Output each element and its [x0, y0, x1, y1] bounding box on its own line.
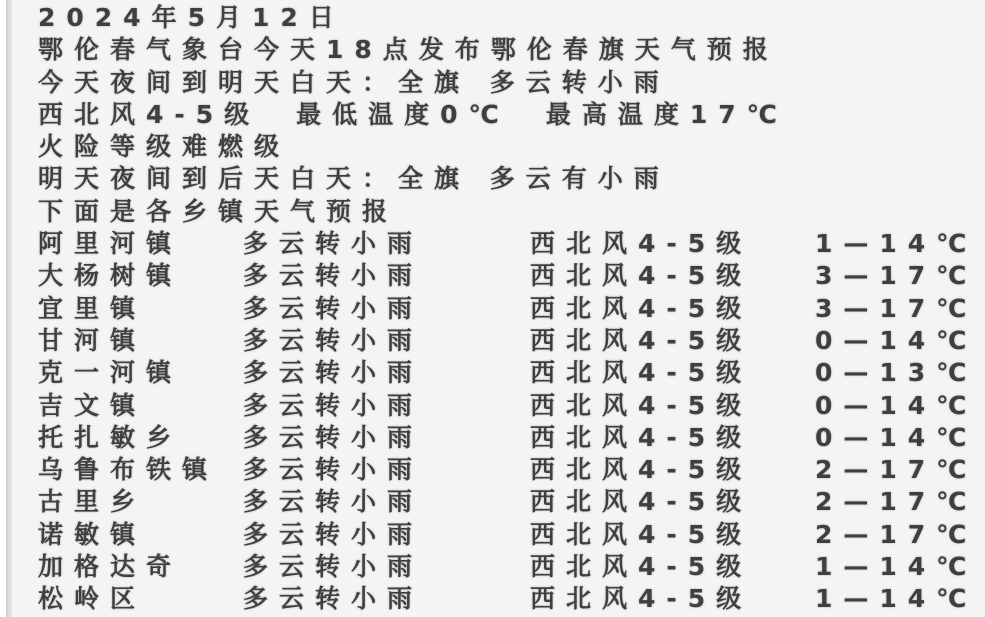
wind-cell: 西北风4-5级 [530, 293, 815, 325]
town-name-cell: 古里乡 [38, 486, 243, 518]
wind-cell: 西北风4-5级 [530, 486, 815, 518]
town-name-cell: 乌鲁布铁镇 [38, 454, 243, 486]
weather-cell: 多云转小雨 [243, 519, 530, 551]
issuance-line: 鄂伦春气象台今天18点发布鄂伦春旗天气预报 [38, 34, 985, 66]
weather-cell: 多云转小雨 [243, 454, 530, 486]
town-name-cell: 托扎敏乡 [38, 422, 243, 454]
wind-cell: 西北风4-5级 [530, 260, 815, 292]
temperature-range-cell: 3—17℃ [815, 260, 985, 292]
wind-cell: 西北风4-5级 [530, 390, 815, 422]
town-name-cell: 松岭区 [38, 583, 243, 615]
weather-bulletin-page: 2024年5月12日 鄂伦春气象台今天18点发布鄂伦春旗天气预报 今天夜间到明天… [0, 0, 985, 617]
wind-cell: 西北风4-5级 [530, 454, 815, 486]
temperature-range-cell: 2—17℃ [815, 454, 985, 486]
wind-cell: 西北风4-5级 [530, 228, 815, 260]
wind-cell: 西北风4-5级 [530, 357, 815, 389]
table-row: 乌鲁布铁镇多云转小雨西北风4-5级2—17℃ [38, 454, 985, 486]
left-edge-divider [6, 0, 12, 617]
town-name-cell: 宜里镇 [38, 293, 243, 325]
temperature-range-cell: 1—14℃ [815, 551, 985, 583]
temperature-range-cell: 0—14℃ [815, 325, 985, 357]
temperature-range-cell: 3—17℃ [815, 293, 985, 325]
table-row: 大杨树镇多云转小雨西北风4-5级3—17℃ [38, 260, 985, 292]
weather-cell: 多云转小雨 [243, 293, 530, 325]
weather-cell: 多云转小雨 [243, 357, 530, 389]
town-name-cell: 甘河镇 [38, 325, 243, 357]
weather-cell: 多云转小雨 [243, 422, 530, 454]
table-row: 宜里镇多云转小雨西北风4-5级3—17℃ [38, 293, 985, 325]
temperature-range-cell: 1—14℃ [815, 228, 985, 260]
towns-intro-line: 下面是各乡镇天气预报 [38, 196, 985, 228]
temperature-range-cell: 0—13℃ [815, 357, 985, 389]
table-row: 托扎敏乡多云转小雨西北风4-5级0—14℃ [38, 422, 985, 454]
table-row: 松岭区多云转小雨西北风4-5级1—14℃ [38, 583, 985, 615]
town-forecast-table: 阿里河镇多云转小雨西北风4-5级1—14℃大杨树镇多云转小雨西北风4-5级3—1… [38, 228, 985, 616]
temperature-range-cell: 1—14℃ [815, 583, 985, 615]
forecast-tomorrow-night-line: 明天夜间到后天白天：全旗 多云有小雨 [38, 163, 985, 195]
wind-temperature-line: 西北风4-5级 最低温度0℃ 最高温度17℃ [38, 99, 985, 131]
weather-cell: 多云转小雨 [243, 325, 530, 357]
weather-cell: 多云转小雨 [243, 486, 530, 518]
table-row: 古里乡多云转小雨西北风4-5级2—17℃ [38, 486, 985, 518]
forecast-tonight-line: 今天夜间到明天白天：全旗 多云转小雨 [38, 67, 985, 99]
town-name-cell: 大杨树镇 [38, 260, 243, 292]
weather-cell: 多云转小雨 [243, 551, 530, 583]
wind-cell: 西北风4-5级 [530, 583, 815, 615]
weather-cell: 多云转小雨 [243, 260, 530, 292]
weather-cell: 多云转小雨 [243, 228, 530, 260]
weather-cell: 多云转小雨 [243, 390, 530, 422]
town-name-cell: 阿里河镇 [38, 228, 243, 260]
table-row: 甘河镇多云转小雨西北风4-5级0—14℃ [38, 325, 985, 357]
town-name-cell: 加格达奇 [38, 551, 243, 583]
temperature-range-cell: 2—17℃ [815, 486, 985, 518]
table-row: 阿里河镇多云转小雨西北风4-5级1—14℃ [38, 228, 985, 260]
bulletin-date: 2024年5月12日 [38, 2, 985, 34]
town-name-cell: 克一河镇 [38, 357, 243, 389]
table-row: 吉文镇多云转小雨西北风4-5级0—14℃ [38, 390, 985, 422]
table-row: 诺敏镇多云转小雨西北风4-5级2—17℃ [38, 519, 985, 551]
wind-cell: 西北风4-5级 [530, 519, 815, 551]
temperature-range-cell: 0—14℃ [815, 422, 985, 454]
bulletin-content: 2024年5月12日 鄂伦春气象台今天18点发布鄂伦春旗天气预报 今天夜间到明天… [38, 2, 985, 616]
table-row: 克一河镇多云转小雨西北风4-5级0—13℃ [38, 357, 985, 389]
town-name-cell: 诺敏镇 [38, 519, 243, 551]
wind-cell: 西北风4-5级 [530, 325, 815, 357]
temperature-range-cell: 0—14℃ [815, 390, 985, 422]
table-row: 加格达奇多云转小雨西北风4-5级1—14℃ [38, 551, 985, 583]
wind-cell: 西北风4-5级 [530, 551, 815, 583]
fire-risk-line: 火险等级难燃级 [38, 131, 985, 163]
temperature-range-cell: 2—17℃ [815, 519, 985, 551]
wind-cell: 西北风4-5级 [530, 422, 815, 454]
town-name-cell: 吉文镇 [38, 390, 243, 422]
weather-cell: 多云转小雨 [243, 583, 530, 615]
